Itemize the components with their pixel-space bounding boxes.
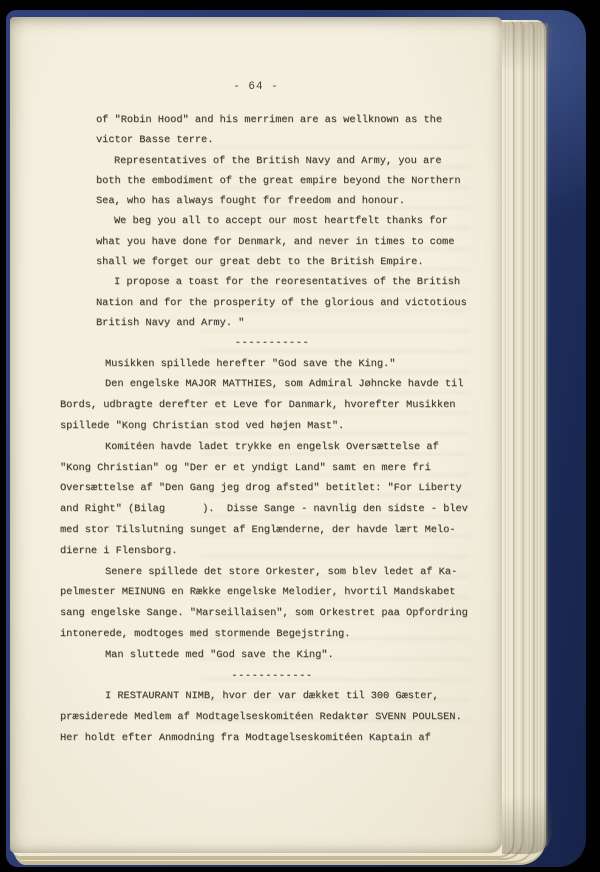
text-line: Komitéen havde ladet trykke en engelsk O… [105,437,484,458]
text-line: Senere spillede det store Orkester, som … [105,562,484,583]
text-line: British Navy and Army. " [96,313,484,333]
text-line: pelmester MEINUNG en Række engelske Melo… [60,582,484,603]
text-line: We beg you all to accept our most heartf… [114,211,484,231]
text-line: sang engelske Sange. "Marseillaisen", so… [60,603,484,624]
text-line: Nation and for the prosperity of the glo… [96,293,484,313]
text-line: I RESTAURANT NIMB, hvor der var dækket t… [105,686,484,707]
text-line: intonerede, modtoges med stormende Begej… [60,624,484,645]
text-line: shall we forget our great debt to the Br… [96,252,484,272]
text-line: both the embodiment of the great empire … [96,171,484,191]
text-line: Den engelske MAJOR MATTHIES, som Admiral… [105,374,484,395]
text-line: med stor Tilslutning sunget af Englænder… [60,520,484,541]
text-line: and Right" (Bilag ). Disse Sange - navnl… [60,499,484,520]
text-line: what you have done for Denmark, and neve… [96,232,484,252]
text-line: Representatives of the British Navy and … [114,151,484,171]
separator-dashes: ------------ [60,666,484,687]
page-number: - 64 - [10,81,502,93]
page: - 64 - of "Robin Hood" and his merrimen … [10,17,502,853]
text-line: Her holdt efter Anmodning fra Modtagelse… [60,728,484,749]
separator-dashes: ----------- [60,333,484,353]
text-line: Man sluttede med "God save the King". [105,645,484,666]
text-line: "Kong Christian" og "Der er et yndigt La… [60,458,484,479]
typewritten-text: of "Robin Hood" and his merrimen are as … [60,110,484,749]
text-line: præsiderede Medlem af Modtagelseskomitée… [60,707,484,728]
text-line: I propose a toast for the reoresentative… [114,272,484,292]
text-line: spillede "Kong Christian stod ved højen … [60,416,484,437]
text-line: Sea, who has always fought for freedom a… [96,191,484,211]
danish-text-block: Musikken spillede herefter "God save the… [60,354,484,749]
text-line: Musikken spillede herefter "God save the… [105,354,484,375]
text-line: Bords, udbragte derefter et Leve for Dan… [60,395,484,416]
book-scan-photo: - 64 - of "Robin Hood" and his merrimen … [0,0,600,872]
text-line: victor Basse terre. [96,130,484,150]
text-line: Oversættelse af "Den Gang jeg drog afste… [60,478,484,499]
text-line: of "Robin Hood" and his merrimen are as … [96,110,484,130]
text-line: dierne i Flensborg. [60,541,484,562]
english-speech-block: of "Robin Hood" and his merrimen are as … [60,110,484,354]
